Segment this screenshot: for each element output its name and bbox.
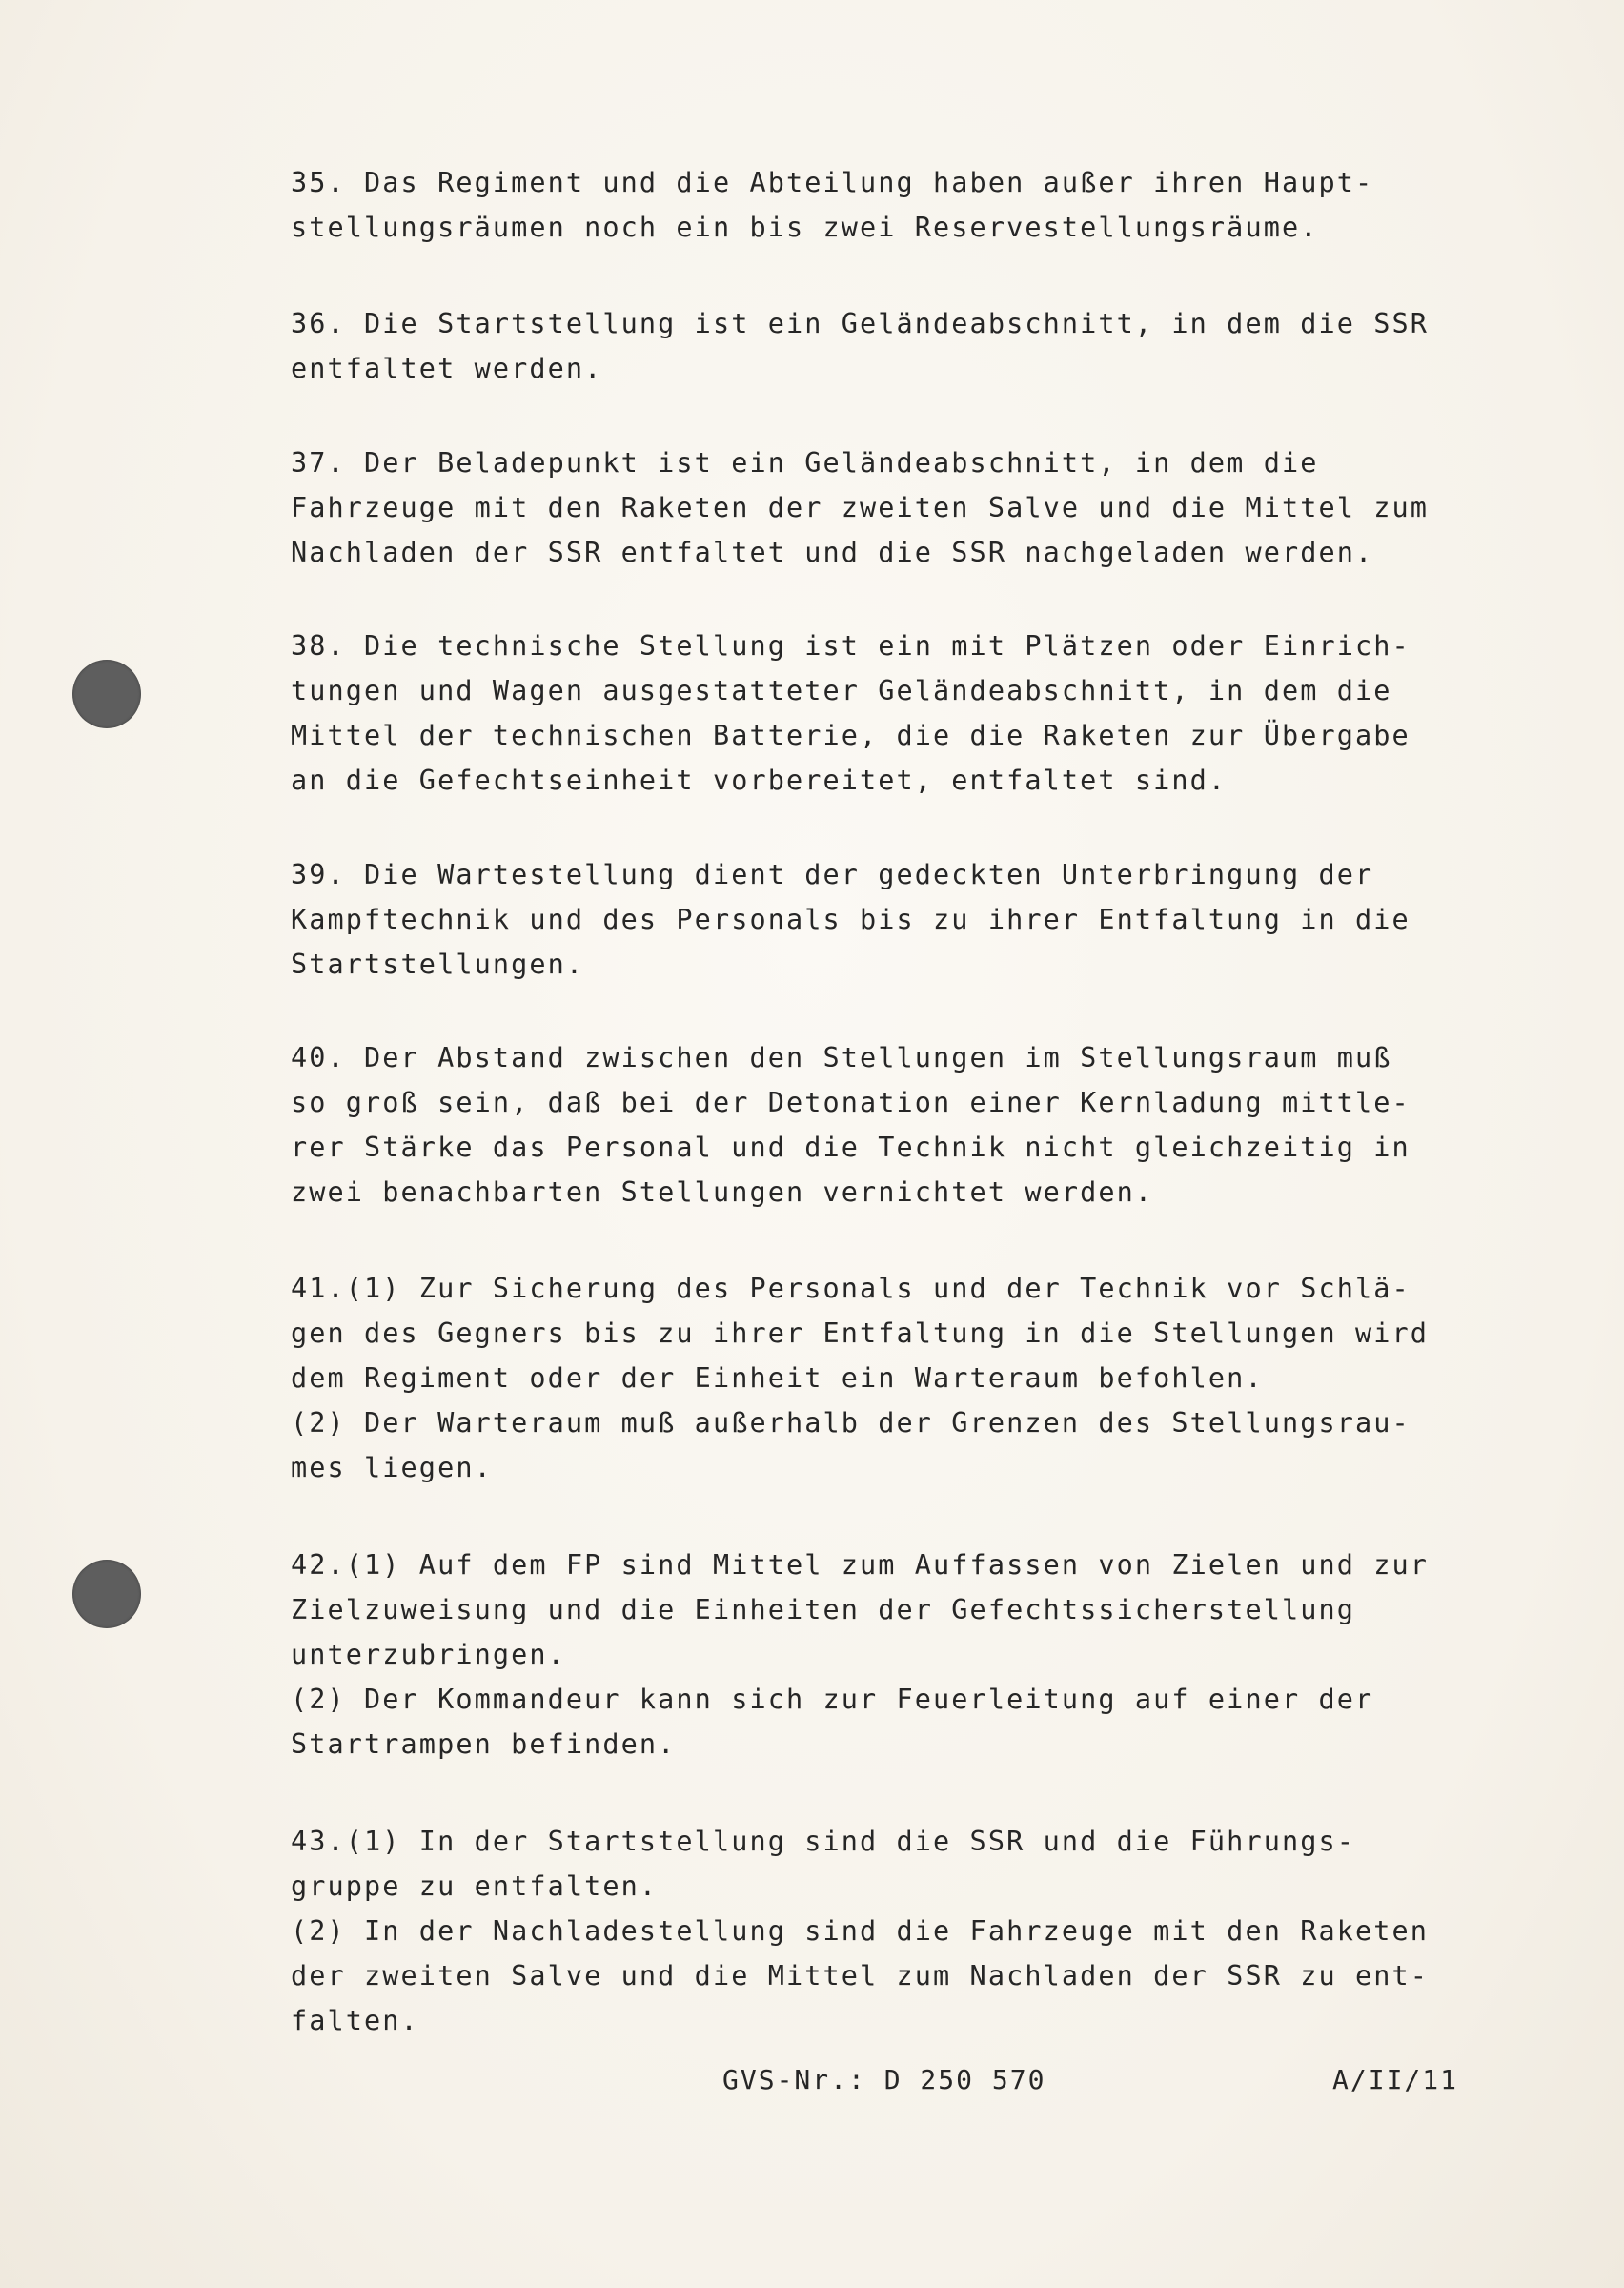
text-line: mes liegen.: [291, 1445, 1492, 1490]
text-line: falten.: [291, 1998, 1492, 2043]
punch-hole-bottom: [72, 1560, 141, 1628]
text-line: Kampftechnik und des Personals bis zu ih…: [291, 897, 1492, 942]
text-line: Startrampen befinden.: [291, 1722, 1492, 1767]
paragraph-43: 43.(1) In der Startstellung sind die SSR…: [291, 1819, 1492, 2043]
text-line: 40. Der Abstand zwischen den Stellungen …: [291, 1035, 1492, 1080]
text-line: unterzubringen.: [291, 1632, 1492, 1677]
paragraph-42: 42.(1) Auf dem FP sind Mittel zum Auffas…: [291, 1542, 1492, 1767]
page-reference: A/II/11: [1332, 2064, 1458, 2095]
text-line: entfaltet werden.: [291, 346, 1492, 391]
text-line: 36. Die Startstellung ist ein Geländeabs…: [291, 301, 1492, 346]
text-line: rer Stärke das Personal und die Technik …: [291, 1125, 1492, 1170]
text-line: Nachladen der SSR entfaltet und die SSR …: [291, 530, 1492, 575]
text-line: (2) Der Warteraum muß außerhalb der Gren…: [291, 1400, 1492, 1445]
text-line: (2) In der Nachladestellung sind die Fah…: [291, 1909, 1492, 1953]
text-line: gen des Gegners bis zu ihrer Entfaltung …: [291, 1311, 1492, 1356]
paragraph-38: 38. Die technische Stellung ist ein mit …: [291, 623, 1492, 803]
text-line: 41.(1) Zur Sicherung des Personals und d…: [291, 1266, 1492, 1311]
text-line: 37. Der Beladepunkt ist ein Geländeabsch…: [291, 440, 1492, 485]
text-line: 39. Die Wartestellung dient der gedeckte…: [291, 852, 1492, 897]
paragraph-41: 41.(1) Zur Sicherung des Personals und d…: [291, 1266, 1492, 1490]
text-line: Startstellungen.: [291, 942, 1492, 987]
text-line: (2) Der Kommandeur kann sich zur Feuerle…: [291, 1677, 1492, 1722]
text-line: Mittel der technischen Batterie, die die…: [291, 713, 1492, 758]
text-line: Fahrzeuge mit den Raketen der zweiten Sa…: [291, 485, 1492, 530]
text-line: zwei benachbarten Stellungen vernichtet …: [291, 1170, 1492, 1215]
text-line: 43.(1) In der Startstellung sind die SSR…: [291, 1819, 1492, 1864]
text-line: an die Gefechtseinheit vorbereitet, entf…: [291, 758, 1492, 803]
paragraph-36: 36. Die Startstellung ist ein Geländeabs…: [291, 301, 1492, 391]
text-line: gruppe zu entfalten.: [291, 1864, 1492, 1909]
text-line: stellungsräumen noch ein bis zwei Reserv…: [291, 205, 1492, 250]
classification-number: GVS-Nr.: D 250 570: [722, 2064, 1045, 2095]
paragraph-40: 40. Der Abstand zwischen den Stellungen …: [291, 1035, 1492, 1215]
paragraph-37: 37. Der Beladepunkt ist ein Geländeabsch…: [291, 440, 1492, 575]
text-line: dem Regiment oder der Einheit ein Warter…: [291, 1356, 1492, 1400]
document-page: 35. Das Regiment und die Abteilung haben…: [0, 0, 1624, 2288]
text-line: so groß sein, daß bei der Detonation ein…: [291, 1080, 1492, 1125]
text-line: 42.(1) Auf dem FP sind Mittel zum Auffas…: [291, 1542, 1492, 1587]
punch-hole-top: [72, 660, 141, 728]
text-line: 35. Das Regiment und die Abteilung haben…: [291, 160, 1492, 205]
paragraph-39: 39. Die Wartestellung dient der gedeckte…: [291, 852, 1492, 987]
text-line: der zweiten Salve und die Mittel zum Nac…: [291, 1953, 1492, 1998]
text-line: Zielzuweisung und die Einheiten der Gefe…: [291, 1587, 1492, 1632]
text-line: 38. Die technische Stellung ist ein mit …: [291, 623, 1492, 668]
paragraph-35: 35. Das Regiment und die Abteilung haben…: [291, 160, 1492, 250]
text-line: tungen und Wagen ausgestatteter Geländea…: [291, 668, 1492, 713]
